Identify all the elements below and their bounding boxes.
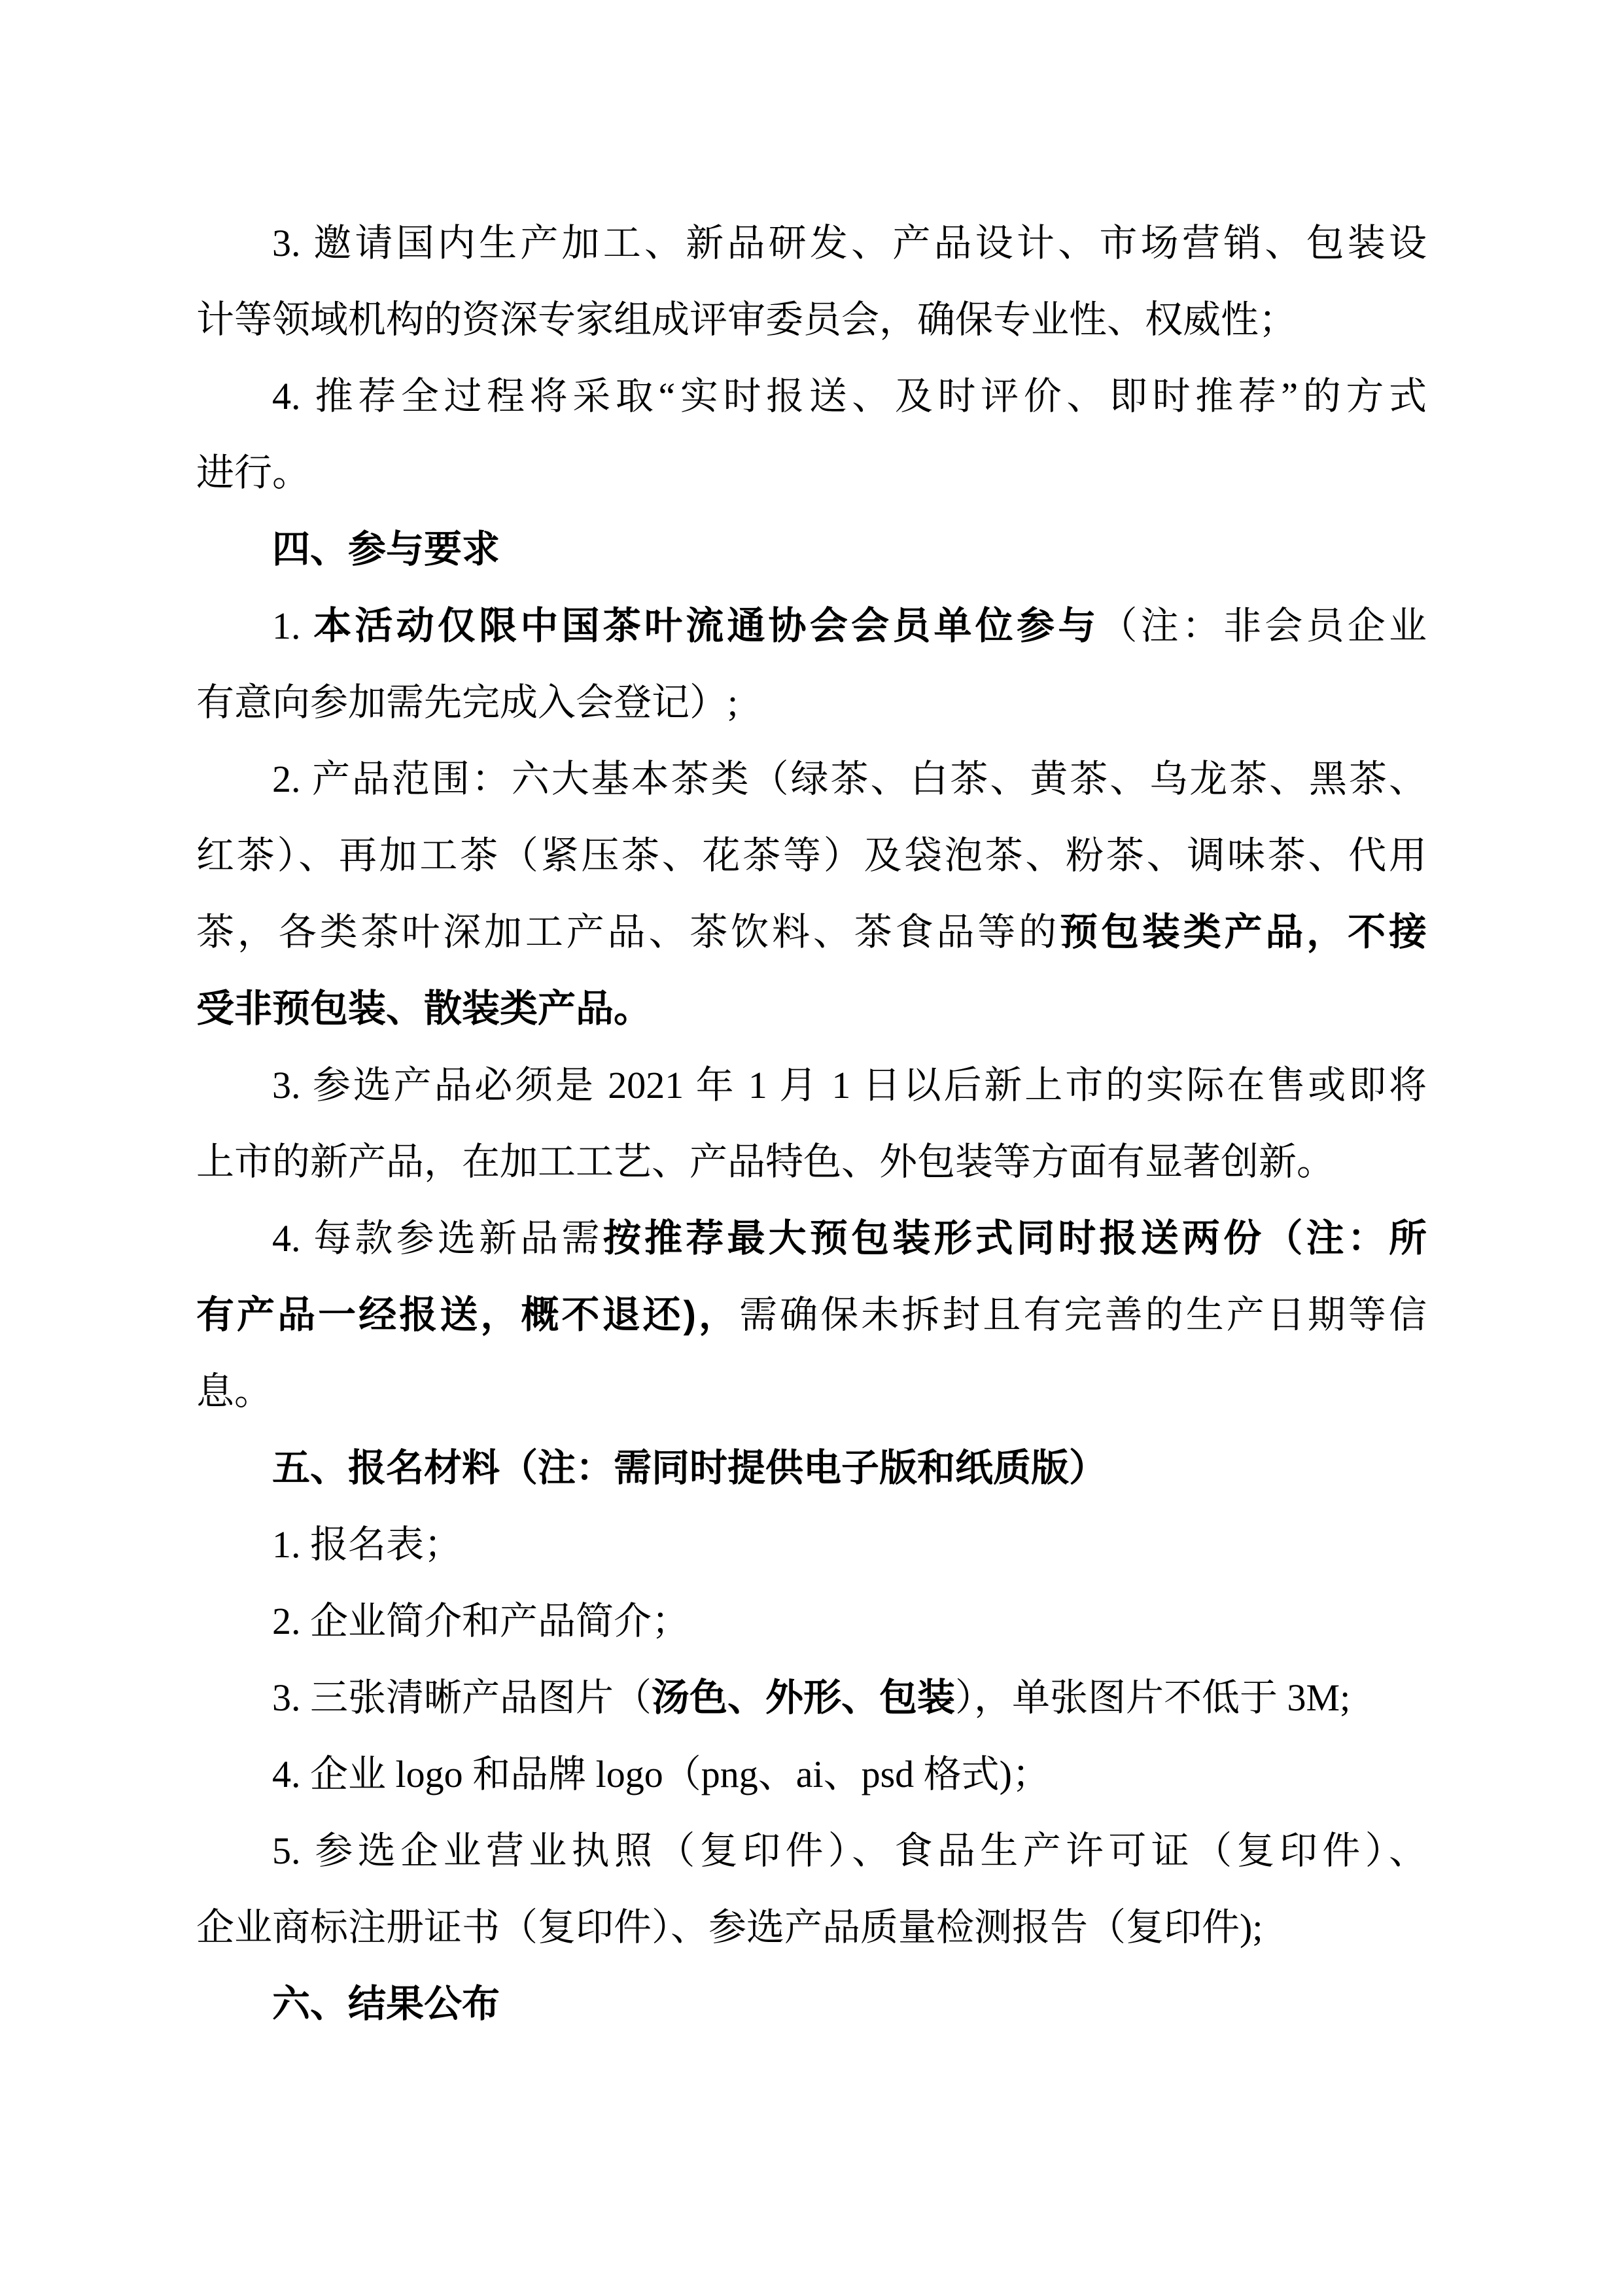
text-run: 茶，各类茶叶深加工产品、茶饮料、茶食品等的 (196, 911, 1060, 953)
text-line: 受非预包装、散装类产品。 (196, 970, 1427, 1047)
text-line: 1. 本活动仅限中国茶叶流通协会会员单位参与（注：非会员企业 (196, 588, 1427, 664)
text-run: 4. 企业 logo 和品牌 logo（png、ai、psd 格式)； (272, 1753, 1050, 1795)
text-run: 4. 每款参选新品需 (272, 1217, 603, 1260)
text-run: 需确保未拆封且有完善的生产日期等信 (739, 1294, 1427, 1336)
text-run: 5. 参选企业营业执照（复印件）、食品生产许可证（复印件）、 (272, 1829, 1427, 1872)
text-line: 有意向参加需先完成入会登记）; (196, 664, 1427, 741)
text-run: 2. 产品范围：六大基本茶类（绿茶、白茶、黄茶、乌龙茶、黑茶、 (272, 758, 1427, 800)
text-run: 息。 (196, 1370, 272, 1413)
text-run: 有意向参加需先完成入会登记）; (196, 681, 738, 724)
emphasis-run: 六、结果公布 (272, 1983, 500, 2025)
text-line: 茶，各类茶叶深加工产品、茶饮料、茶食品等的预包装类产品，不接 (196, 894, 1427, 970)
emphasis-run: 四、参与要求 (272, 528, 500, 571)
text-line: 2. 企业简介和产品简介； (196, 1583, 1427, 1659)
text-run: 2. 企业简介和产品简介； (272, 1600, 689, 1642)
text-line: 1. 报名表； (196, 1506, 1427, 1583)
text-run: 1. 报名表； (272, 1523, 462, 1566)
text-line: 进行。 (196, 434, 1427, 511)
text-line: 计等领域机构的资深专家组成评审委员会，确保专业性、权威性； (196, 281, 1427, 358)
text-line: 4. 每款参选新品需按推荐最大预包装形式同时报送两份（注：所 (196, 1200, 1427, 1277)
text-run: ），单张图片不低于 3M; (955, 1676, 1350, 1719)
emphasis-run: 受非预包装、散装类产品。 (196, 987, 652, 1030)
text-run: 红茶）、再加工茶（紧压茶、花茶等）及袋泡茶、粉茶、调味茶、代用 (196, 834, 1427, 877)
section-heading: 六、结果公布 (196, 1966, 1427, 2042)
section-heading: 四、参与要求 (196, 511, 1427, 588)
text-line: 企业商标注册证书（复印件）、参选产品质量检测报告（复印件); (196, 1889, 1427, 1966)
text-line: 息。 (196, 1353, 1427, 1430)
text-line: 2. 产品范围：六大基本茶类（绿茶、白茶、黄茶、乌龙茶、黑茶、 (196, 741, 1427, 817)
document-page: 3. 邀请国内生产加工、新品研发、产品设计、市场营销、包装设计等领域机构的资深专… (0, 0, 1623, 2296)
emphasis-run: 五、报名材料（注：需同时提供电子版和纸质版） (272, 1447, 1107, 1489)
emphasis-run: 本活动仅限中国茶叶流通协会会员单位参与 (313, 605, 1099, 647)
text-run: 进行。 (196, 451, 310, 494)
text-run: （注：非会员企业 (1099, 605, 1427, 647)
text-line: 4. 企业 logo 和品牌 logo（png、ai、psd 格式)； (196, 1736, 1427, 1812)
emphasis-run: 预包装类产品，不接 (1060, 911, 1427, 953)
text-line: 3. 三张清晰产品图片（汤色、外形、包装），单张图片不低于 3M; (196, 1659, 1427, 1736)
text-run: 1. (272, 605, 313, 647)
text-run: 3. 邀请国内生产加工、新品研发、产品设计、市场营销、包装设 (272, 222, 1427, 264)
emphasis-run: 按推荐最大预包装形式同时报送两份（注：所 (603, 1217, 1427, 1260)
emphasis-run: 汤色、外形、包装 (652, 1676, 955, 1719)
text-line: 有产品一经报送，概不退还)，需确保未拆封且有完善的生产日期等信 (196, 1277, 1427, 1353)
document-body: 3. 邀请国内生产加工、新品研发、产品设计、市场营销、包装设计等领域机构的资深专… (196, 205, 1427, 2042)
text-line: 3. 邀请国内生产加工、新品研发、产品设计、市场营销、包装设 (196, 205, 1427, 281)
text-line: 3. 参选产品必须是 2021 年 1 月 1 日以后新上市的实际在售或即将 (196, 1047, 1427, 1123)
emphasis-run: 有产品一经报送，概不退还)， (196, 1294, 739, 1336)
text-line: 红茶）、再加工茶（紧压茶、花茶等）及袋泡茶、粉茶、调味茶、代用 (196, 817, 1427, 894)
text-run: 企业商标注册证书（复印件）、参选产品质量检测报告（复印件); (196, 1906, 1263, 1949)
text-run: 计等领域机构的资深专家组成评审委员会，确保专业性、权威性； (196, 298, 1297, 341)
text-line: 4. 推荐全过程将采取“实时报送、及时评价、即时推荐”的方式 (196, 358, 1427, 434)
section-heading: 五、报名材料（注：需同时提供电子版和纸质版） (196, 1430, 1427, 1506)
text-run: 3. 三张清晰产品图片（ (272, 1676, 652, 1719)
text-run: 3. 参选产品必须是 2021 年 1 月 1 日以后新上市的实际在售或即将 (272, 1064, 1427, 1106)
text-run: 上市的新产品，在加工工艺、产品特色、外包装等方面有显著创新。 (196, 1140, 1335, 1183)
text-line: 5. 参选企业营业执照（复印件）、食品生产许可证（复印件）、 (196, 1812, 1427, 1889)
text-run: 4. 推荐全过程将采取“实时报送、及时评价、即时推荐”的方式 (272, 375, 1427, 417)
text-line: 上市的新产品，在加工工艺、产品特色、外包装等方面有显著创新。 (196, 1123, 1427, 1200)
